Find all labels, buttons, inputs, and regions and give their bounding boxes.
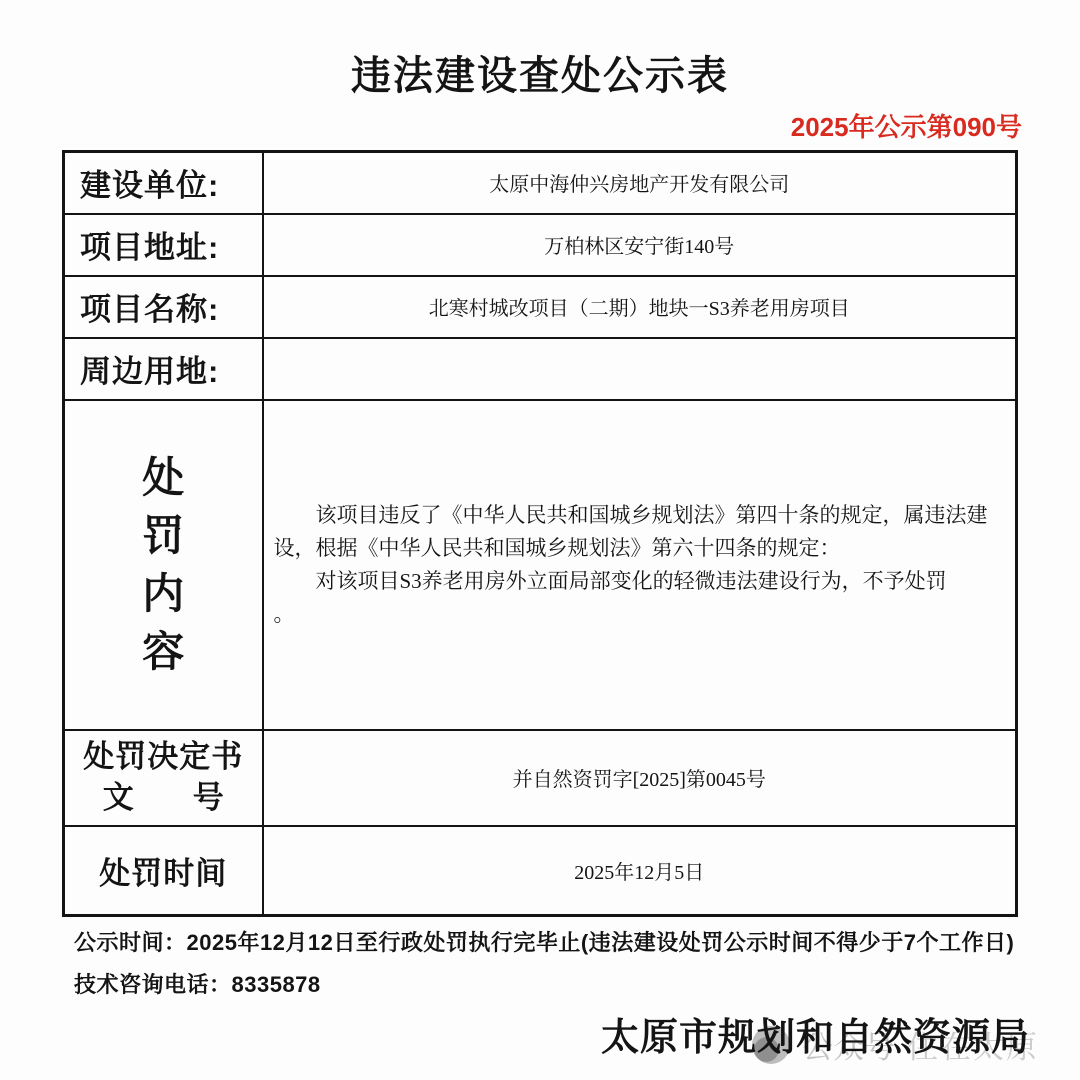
- row-value: 并自然资罚字[2025]第0045号: [513, 769, 766, 791]
- penalty-paragraph: 对该项目S3养老用房外立面局部变化的轻微违法建设行为，不予处罚: [274, 565, 1002, 598]
- row-penalty-content: 处 罚 内 容 该项目违反了《中华人民共和国城乡规划法》第四十条的规定，属违法建…: [64, 400, 1017, 730]
- row-value: 北寒村城改项目（二期）地块一S3养老用房项目: [429, 298, 850, 320]
- penalty-label-char: 内: [65, 565, 262, 623]
- decision-label-line1: 处罚决定书: [65, 737, 262, 777]
- penalty-label-char: 罚: [65, 507, 262, 565]
- row-decision-number: 处罚决定书 文 号 并自然资罚字[2025]第0045号: [64, 730, 1017, 826]
- row-value: 太原中海仲兴房地产开发有限公司: [489, 174, 789, 196]
- penalty-content-label-cell: 处 罚 内 容: [64, 400, 263, 730]
- penalty-paragraph: 该项目违反了《中华人民共和国城乡规划法》第四十条的规定，属违法建设，根据《中华人…: [274, 499, 1002, 565]
- row-label: 项目地址:: [80, 230, 219, 265]
- decision-label-line2: 文 号: [65, 778, 262, 818]
- penalty-paragraph: 。: [274, 598, 1002, 631]
- row-label: 项目名称:: [80, 292, 219, 327]
- row-construction-unit: 建设单位: 太原中海仲兴房地产开发有限公司: [64, 152, 1017, 214]
- surrounding-land-value-cell: [263, 338, 1017, 400]
- penalty-label-char: 容: [65, 623, 262, 681]
- page-title: 违法建设查处公示表: [0, 44, 1080, 101]
- project-address-label-cell: 项目地址:: [64, 214, 263, 276]
- penalty-label-char: 处: [65, 449, 262, 507]
- decision-number-label-cell: 处罚决定书 文 号: [64, 730, 263, 826]
- notice-table: 建设单位: 太原中海仲兴房地产开发有限公司 项目地址: 万柏林区安宁街140号 …: [62, 150, 1018, 917]
- row-project-address: 项目地址: 万柏林区安宁街140号: [64, 214, 1017, 276]
- row-label: 建设单位:: [80, 168, 219, 203]
- row-label: 周边用地:: [80, 354, 219, 389]
- row-project-name: 项目名称: 北寒村城改项目（二期）地块一S3养老用房项目: [64, 276, 1017, 338]
- project-address-value-cell: 万柏林区安宁街140号: [263, 214, 1017, 276]
- agency-name: 太原市规划和自然资源局: [601, 1006, 1030, 1061]
- construction-unit-value-cell: 太原中海仲兴房地产开发有限公司: [263, 152, 1017, 214]
- project-name-value-cell: 北寒村城改项目（二期）地块一S3养老用房项目: [263, 276, 1017, 338]
- notice-page: 违法建设查处公示表 2025年公示第090号 建设单位: 太原中海仲兴房地产开发…: [0, 0, 1080, 1080]
- construction-unit-label-cell: 建设单位:: [64, 152, 263, 214]
- surrounding-land-label-cell: 周边用地:: [64, 338, 263, 400]
- penalty-time-label-cell: 处罚时间: [64, 826, 263, 916]
- penalty-time-value-cell: 2025年12月5日: [263, 826, 1017, 916]
- penalty-content-value-cell: 该项目违反了《中华人民共和国城乡规划法》第四十条的规定，属违法建设，根据《中华人…: [263, 400, 1017, 730]
- row-penalty-time: 处罚时间 2025年12月5日: [64, 826, 1017, 916]
- row-label: 处罚时间: [99, 856, 227, 891]
- row-surrounding-land: 周边用地:: [64, 338, 1017, 400]
- project-name-label-cell: 项目名称:: [64, 276, 263, 338]
- row-value: 万柏林区安宁街140号: [544, 236, 734, 258]
- row-value: 2025年12月5日: [574, 862, 704, 884]
- consult-phone: 技术咨询电话：8335878: [74, 968, 321, 999]
- decision-number-value-cell: 并自然资罚字[2025]第0045号: [263, 730, 1017, 826]
- publicity-time-note: 公示时间：2025年12月12日至行政处罚执行完毕止(违法建设处罚公示时间不得少…: [74, 926, 1014, 957]
- doc-number: 2025年公示第090号: [791, 107, 1022, 144]
